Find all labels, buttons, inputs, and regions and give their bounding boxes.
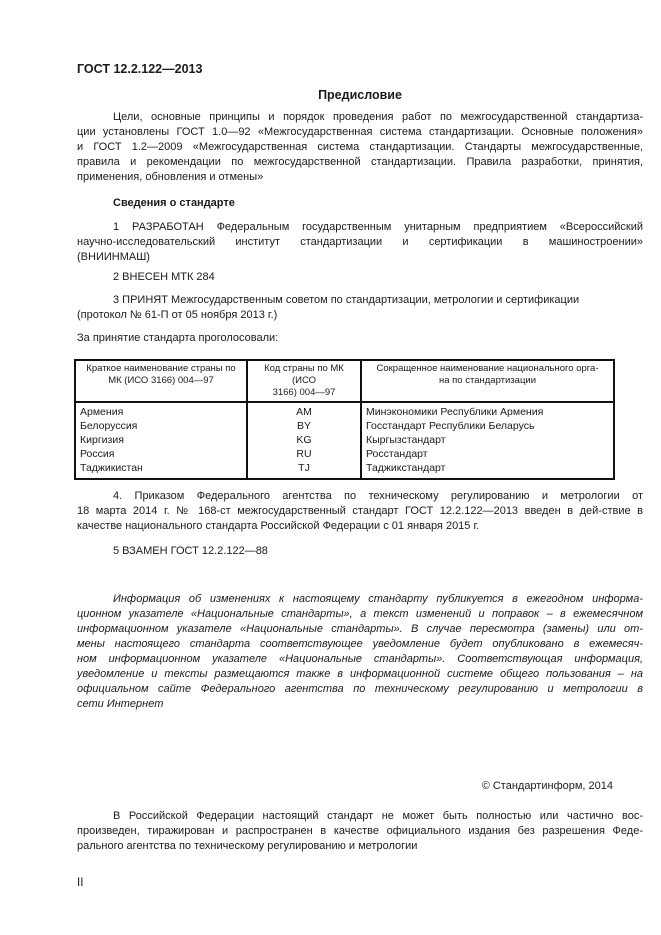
col-header-country-name: Краткое наименование страны поМК (ИСО 31… [75, 360, 247, 402]
paragraph-submitted: 2 ВНЕСЕН МТК 284 [77, 270, 643, 285]
cell-code: TJ [247, 461, 361, 479]
text-line: Краткое наименование страны по [80, 363, 242, 375]
cell-code: KG [247, 433, 361, 447]
text-line: 4. Приказом Федерального агентства по те… [77, 489, 643, 504]
text-line: правила и рекомендации по межгосударстве… [77, 155, 643, 170]
vote-intro-line: За принятие стандарта проголосовали: [77, 331, 643, 346]
cell-org: Росстандарт [361, 447, 614, 461]
table-row: Армения AM Минэкономики Республики Армен… [75, 402, 614, 419]
cell-country: Армения [75, 402, 247, 419]
table-row: Таджикистан TJ Таджикстандарт [75, 461, 614, 479]
col-header-national-org: Сокращенное наименование национального о… [361, 360, 614, 402]
reproduction-restriction-note: В Российской Федерации настоящий стандар… [77, 809, 643, 854]
text-line: ционном указателе «Национальные стандарт… [77, 607, 643, 622]
text-line: В Российской Федерации настоящий стандар… [77, 809, 643, 824]
copyright-notice: © Стандартинформ, 2014 [77, 779, 613, 794]
cell-country: Киргизия [75, 433, 247, 447]
page-content: ГОСТ 12.2.122—2013 Предисловие Цели, осн… [0, 0, 661, 891]
paragraph-adopted: 3 ПРИНЯТ Межгосударственным советом по с… [77, 293, 643, 323]
text-line: 1 РАЗРАБОТАН Федеральным государственным… [77, 220, 643, 235]
cell-org: Госстандарт Республики Беларусь [361, 419, 614, 433]
paragraph-order: 4. Приказом Федерального агентства по те… [77, 489, 643, 534]
cell-org: Таджикстандарт [361, 461, 614, 479]
table-row: Россия RU Росстандарт [75, 447, 614, 461]
text-line: Сокращенное наименование национального о… [366, 363, 609, 375]
paragraph-replaces: 5 ВЗАМЕН ГОСТ 12.2.122—88 [77, 544, 643, 559]
table-row: Киргизия KG Кыргызстандарт [75, 433, 614, 447]
cell-code: BY [247, 419, 361, 433]
text-line: ном информационном указателе «Национальн… [77, 652, 643, 667]
text-line: (ВНИИНМАШ) [77, 250, 643, 265]
text-line: 3 ПРИНЯТ Межгосударственным советом по с… [77, 293, 643, 308]
text-line: Код страны по МК (ИСО [252, 363, 356, 387]
cell-country: Таджикистан [75, 461, 247, 479]
cell-org: Минэкономики Республики Армения [361, 402, 614, 419]
text-line: на по стандартизации [366, 375, 609, 387]
intro-paragraph: Цели, основные принципы и порядок провед… [77, 110, 643, 185]
text-line: сети Интернет [77, 697, 643, 712]
gost-preface-page: ГОСТ 12.2.122—2013 Предисловие Цели, осн… [0, 0, 661, 935]
text-line: 3166) 004—97 [252, 387, 356, 399]
changes-publication-note: Информация об изменениях к настоящему ст… [77, 592, 643, 712]
cell-org: Кыргызстандарт [361, 433, 614, 447]
text-line: Информация об изменениях к настоящему ст… [77, 592, 643, 607]
page-number: II [77, 876, 643, 891]
text-line: Цели, основные принципы и порядок провед… [77, 110, 643, 125]
section-heading-standard-info: Сведения о стандарте [77, 196, 643, 211]
text-line: уведомление и тексты размещаются также в… [77, 667, 643, 682]
page-title: Предисловие [77, 88, 643, 103]
table-header-row: Краткое наименование страны поМК (ИСО 31… [75, 360, 614, 402]
text-line: МК (ИСО 3166) 004—97 [80, 375, 242, 387]
col-header-country-code: Код страны по МК (ИСО3166) 004—97 [247, 360, 361, 402]
vote-table: Краткое наименование страны поМК (ИСО 31… [74, 359, 615, 480]
text-line: применения, обновления и отмены» [77, 170, 643, 185]
text-line: научно-исследовательский институт станда… [77, 235, 643, 250]
text-line: 5 ВЗАМЕН ГОСТ 12.2.122—88 [77, 544, 643, 559]
cell-code: AM [247, 402, 361, 419]
cell-code: RU [247, 447, 361, 461]
text-line: 2 ВНЕСЕН МТК 284 [77, 270, 643, 285]
cell-country: Россия [75, 447, 247, 461]
text-line: официальном сайте Федерального агентства… [77, 682, 643, 697]
text-line: (протокол № 61-П от 05 ноября 2013 г.) [77, 308, 643, 323]
paragraph-developed: 1 РАЗРАБОТАН Федеральным государственным… [77, 220, 643, 265]
text-line: ции установлены ГОСТ 1.0—92 «Межгосударс… [77, 125, 643, 140]
vote-intro-text: За принятие стандарта проголосовали: [77, 331, 643, 346]
text-line: информационном указателе «Национальные с… [77, 622, 643, 637]
text-line: качестве национального стандарта Российс… [77, 519, 643, 534]
table-row: Белоруссия BY Госстандарт Республики Бел… [75, 419, 614, 433]
doc-number: ГОСТ 12.2.122—2013 [77, 62, 643, 77]
text-line: произведен, тиражирован и распространен … [77, 824, 643, 839]
text-line: рального агентства по техническому регул… [77, 839, 643, 854]
cell-country: Белоруссия [75, 419, 247, 433]
text-line: 18 марта 2014 г. № 168-ст межгосударстве… [77, 504, 643, 519]
text-line: мены настоящего стандарта соответствующе… [77, 637, 643, 652]
text-line: и ГОСТ 1.2—2009 «Межгосударственная сист… [77, 140, 643, 155]
